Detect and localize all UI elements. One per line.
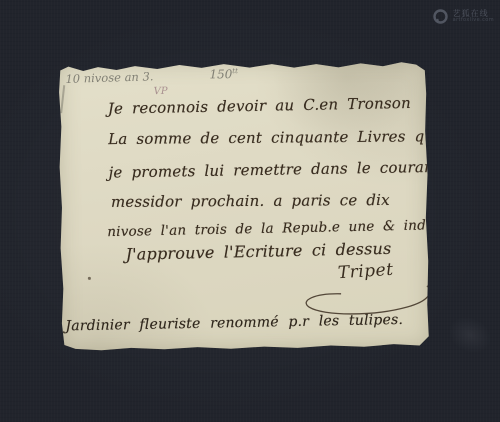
manuscript-line-4: messidor prochain. a paris ce dix (111, 191, 390, 211)
ink-dot (88, 277, 91, 280)
pencil-stroke-mark (60, 85, 65, 113)
manuscript-bottom-note: Jardinier fleuriste renommé p.r les tuli… (65, 312, 403, 334)
watermark-subtext: artfoxlive.com (453, 18, 494, 23)
site-watermark: 艺狐在线 artfoxlive.com (432, 8, 494, 25)
signature-tripet: Tripet (337, 260, 394, 284)
photo-stage: 艺狐在线 artfoxlive.com 10 nivose an 3. 150t… (0, 0, 500, 422)
price-unit: tt (232, 67, 238, 75)
manuscript-line-5: nivose l'an trois de la Repub.e une & in… (107, 217, 443, 240)
pencil-price-annotation: 150tt (209, 67, 238, 81)
watermark-text: 艺狐在线 artfoxlive.com (453, 10, 494, 24)
artfox-logo-icon (432, 8, 449, 25)
background-smudge (443, 310, 497, 359)
price-value: 150 (209, 67, 232, 81)
manuscript-paper: 10 nivose an 3. 150tt VP Je reconnois de… (57, 59, 431, 352)
pencil-date-annotation: 10 nivose an 3. (65, 69, 153, 86)
manuscript-approval-line: J'approuve l'Ecriture ci dessus (125, 239, 391, 264)
manuscript-line-2: La somme de cent cinquante Livres que (108, 127, 443, 148)
manuscript-line-1: Je reconnois devoir au C.en Tronson (108, 94, 411, 118)
manuscript-line-3: je promets lui remettre dans le courant … (108, 157, 468, 181)
pencil-collector-mark: VP (154, 86, 168, 97)
